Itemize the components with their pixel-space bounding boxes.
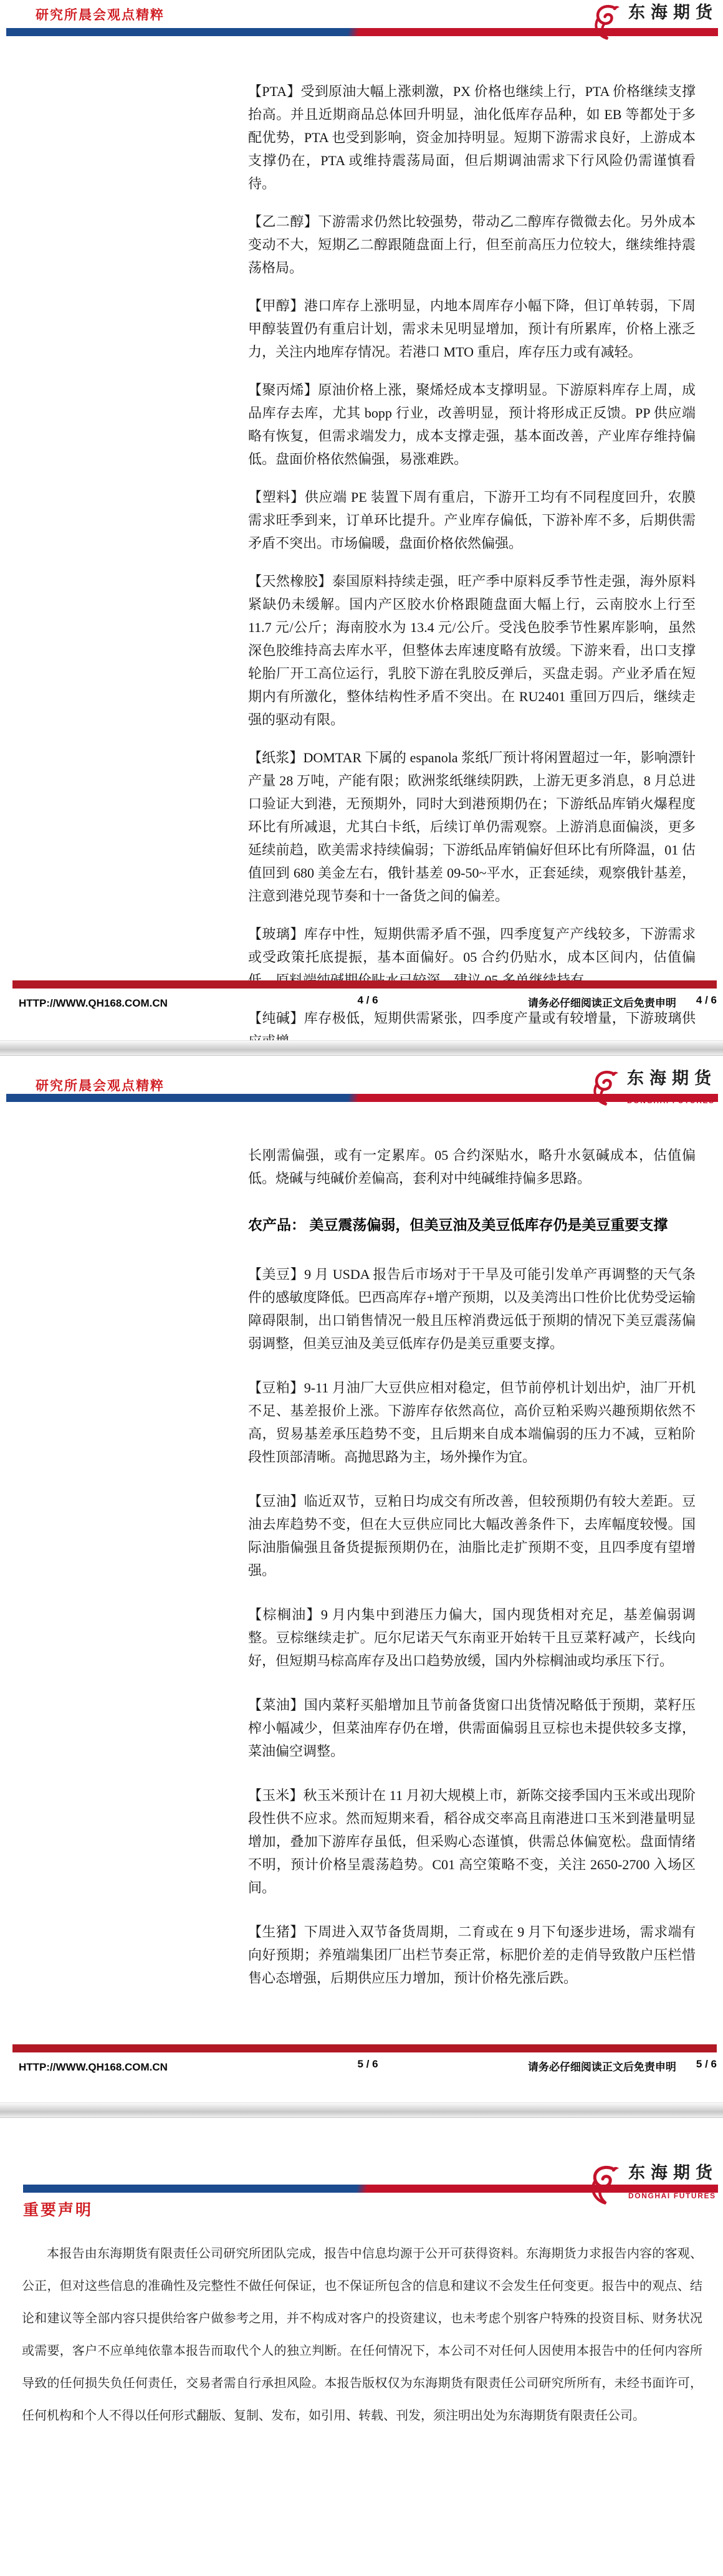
disclaimer-title: 重要声明 [23,2198,93,2220]
disclaimer-body: 本报告由东海期货有限责任公司研究所团队完成，报告中信息均源于公开可获得资料。东海… [22,2238,702,2432]
donghai-logo: 东海期货 DONGHAI FUTURES [587,2163,718,2206]
paragraph-soybean-oil: 【豆油】临近双节，豆粕日均成交有所改善，但较预期仍有较大差距。豆油去库趋势不变，… [248,1490,696,1582]
footer-disclaimer-notice: 请务必仔细阅读正文后免责申明 [528,2058,676,2074]
footer-page-number-right: 5 / 6 [696,2058,717,2074]
paragraph-pta: 【PTA】受到原油大幅上涨刺激，PX 价格也继续上行，PTA 价格继续支撑抬高。… [248,80,696,195]
page2-content: 长刚需偏强，或有一定累库。05 合约深贴水，略升水氨碱成本，估值偏低。烧碱与纯碱… [248,1144,696,2011]
paragraph-corn: 【玉米】秋玉米预计在 11 月初大规模上市，新陈交接季国内玉米或出现阶段性供不应… [248,1784,696,1899]
agri-section-headline: 农产品： 美豆震荡偏弱，但美豆油及美豆低库存仍是美豆重要支撑 [248,1214,696,1237]
page-header-title: 研究所晨会观点精粹 [36,1076,165,1094]
paragraph-pulp: 【纸浆】DOMTAR 下属的 espanola 浆纸厂预计将闲置超过一年，影响漂… [248,746,696,907]
footer-page-number: 5 / 6 [357,2058,378,2071]
report-page-3: 东海期货 DONGHAI FUTURES 重要声明 本报告由东海期货有限责任公司… [0,2118,723,2576]
header-accent-bar [6,28,718,36]
page-header-title: 研究所晨会观点精粹 [36,5,165,24]
footer-url: HTTP://WWW.QH168.COM.CN [19,2061,168,2074]
paragraph-rubber: 【天然橡胶】泰国原料持续走强，旺产季中原料反季节性走强，海外原料紧缺仍未缓解。国… [248,570,696,731]
page1-footer: HTTP://WWW.QH168.COM.CN 4 / 6 请务必仔细阅读正文后… [19,994,717,1010]
footer-disclaimer-notice: 请务必仔细阅读正文后免责申明 [528,994,676,1010]
footer-accent-bar [12,2044,717,2052]
logo-name-cn: 东海期货 [628,2163,718,2183]
paragraph-palm-oil: 【棕榈油】9 月内集中到港压力偏大，国内现货相对充足，基差偏弱调整。豆棕继续走扩… [248,1603,696,1672]
logo-name-cn: 东海期货 [627,1068,717,1088]
footer-page-number-right: 4 / 6 [696,994,717,1010]
report-page-2: 研究所晨会观点精粹 东海期货 DONGHAI FUTURES 长刚需偏强，或有一… [0,1056,723,2102]
footer-page-number: 4 / 6 [357,994,378,1007]
paragraph-methanol: 【甲醇】港口库存上涨明显，内地本周库存小幅下降，但订单转弱，下周甲醇装置仍有重启… [248,294,696,363]
donghai-logo: 东海期货 DONGHAI FUTURES [590,1068,717,1107]
paragraph-hogs: 【生猪】下周进入双节备货周期，二育或在 9 月下旬逐步进场，需求端有向好预期；养… [248,1920,696,1989]
donghai-dragon-logo-icon [587,2163,625,2206]
paragraph-us-soybean: 【美豆】9 月 USDA 报告后市场对于干旱及可能引发单产再调整的天气条件的感敏… [248,1263,696,1355]
paragraph-soda-ash-continuation: 长刚需偏强，或有一定累库。05 合约深贴水，略升水氨碱成本，估值偏低。烧碱与纯碱… [248,1144,696,1190]
donghai-dragon-logo-icon [590,1068,623,1107]
paragraph-meg: 【乙二醇】下游需求仍然比较强势，带动乙二醇库存微微去化。另外成本变动不大，短期乙… [248,210,696,279]
logo-name-en: DONGHAI FUTURES [628,2191,718,2200]
paragraph-pp: 【聚丙烯】原油价格上涨，聚烯烃成本支撑明显。下游原料库存上周，成品库存去库，尤其… [248,378,696,471]
logo-text: 东海期货 DONGHAI FUTURES [628,2163,718,2200]
paragraph-rapeseed-oil: 【菜油】国内菜籽买船增加且节前备货窗口出货情况略低于预期，菜籽压榨小幅减少，但菜… [248,1693,696,1763]
paragraph-soda-ash: 【纯碱】库存极低，短期供需紧张，四季度产量或有较增量，下游玻璃供应或增 [248,1007,696,1040]
page-separator [0,2102,723,2118]
report-page-1: 研究所晨会观点精粹 东海期货 DONGHAI FUTURES 【PTA】受到原油… [0,0,723,1040]
logo-text: 东海期货 DONGHAI FUTURES [627,1068,717,1105]
page2-footer: HTTP://WWW.QH168.COM.CN 5 / 6 请务必仔细阅读正文后… [19,2058,717,2074]
footer-accent-bar [12,980,717,989]
paragraph-plastic: 【塑料】供应端 PE 装置下周有重启，下游开工均有不同程度回升，农膜需求旺季到来… [248,486,696,555]
paragraph-soybean-meal: 【豆粕】9-11 月油厂大豆供应相对稳定，但节前停机计划出炉，油厂开机不足、基差… [248,1376,696,1468]
page1-content: 【PTA】受到原油大幅上涨刺激，PX 价格也继续上行，PTA 价格继续支撑抬高。… [248,80,696,1040]
page-separator [0,1040,723,1056]
logo-name-cn: 东海期货 [628,2,718,22]
footer-url: HTTP://WWW.QH168.COM.CN [19,997,168,1010]
logo-name-en: DONGHAI FUTURES [627,1096,717,1105]
